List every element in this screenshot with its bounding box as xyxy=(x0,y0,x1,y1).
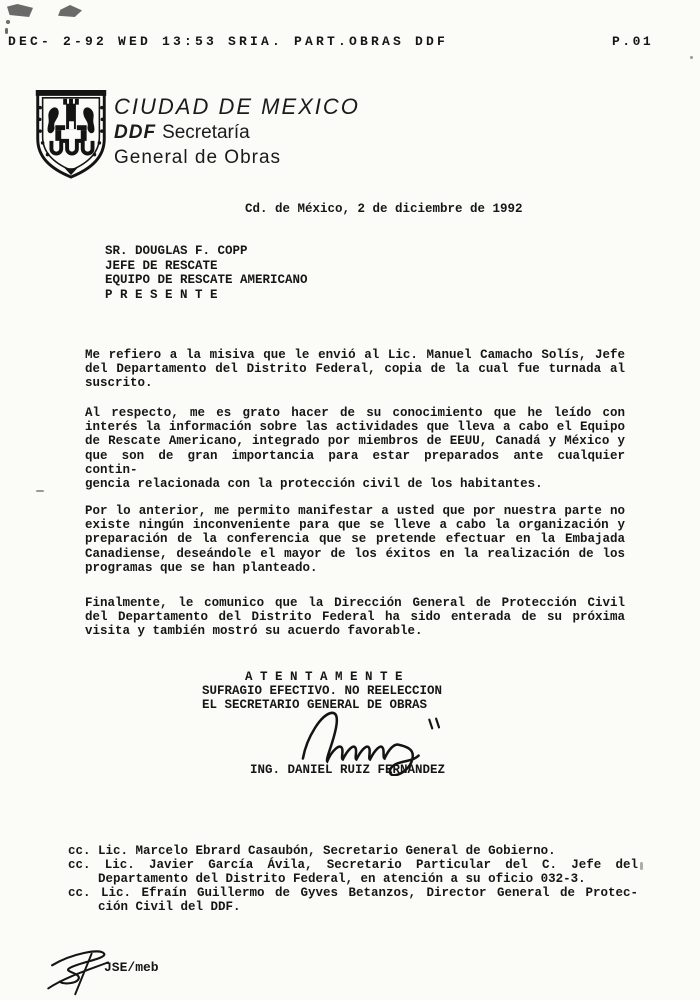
letterhead-org-line: DDFSecretaría xyxy=(114,122,250,144)
fax-noise-mark xyxy=(36,490,44,492)
body-paragraph-4: Finalmente, le comunico que la Dirección… xyxy=(85,596,625,639)
fax-header-text: DEC- 2-92 WED 13:53 SRIA. PART.OBRAS DDF xyxy=(8,34,448,49)
fax-noise-mark xyxy=(58,5,82,17)
fax-page-number: P.01 xyxy=(612,34,653,49)
letterhead-department: General de Obras xyxy=(114,147,281,169)
reference-initials: JSE/meb xyxy=(104,960,159,975)
cc-entry: cc. Lic. Efraín Guillermo de Gyves Betan… xyxy=(68,886,638,914)
letterhead-city-title: CIUDAD DE MEXICO xyxy=(114,94,360,120)
fax-noise-mark xyxy=(6,20,10,24)
letterhead-org-name: Secretaría xyxy=(162,122,250,143)
body-paragraph-2: Al respecto, me es grato hacer de su con… xyxy=(85,406,625,491)
letterhead-org-abbr: DDF xyxy=(114,122,156,143)
dateline: Cd. de México, 2 de diciembre de 1992 xyxy=(245,202,523,216)
fax-transmission-header: DEC- 2-92 WED 13:53 SRIA. PART.OBRAS DDF… xyxy=(8,34,692,49)
fax-noise-mark xyxy=(7,4,33,17)
body-paragraph-1: Me refiero a la misiva que le envió al L… xyxy=(85,348,625,391)
mexico-city-coat-of-arms-icon xyxy=(33,90,109,180)
fax-noise-mark xyxy=(690,56,693,59)
cc-entry: cc. Lic. Marcelo Ebrard Casaubón, Secret… xyxy=(68,844,638,858)
signatory-name: ING. DANIEL RUIZ FERNANDEZ xyxy=(250,763,445,777)
fax-letter-document: { "page": { "paper_color": "#fbfbf8", "i… xyxy=(0,0,700,1000)
cc-entry: cc. Lic. Javier García Ávila, Secretario… xyxy=(68,858,638,886)
body-paragraph-3: Por lo anterior, me permito manifestar a… xyxy=(85,504,625,575)
recipient-block: SR. DOUGLAS F. COPPJEFE DE RESCATEEQUIPO… xyxy=(105,244,308,302)
fax-noise-mark xyxy=(640,862,643,870)
cc-block: cc. Lic. Marcelo Ebrard Casaubón, Secret… xyxy=(68,844,638,914)
